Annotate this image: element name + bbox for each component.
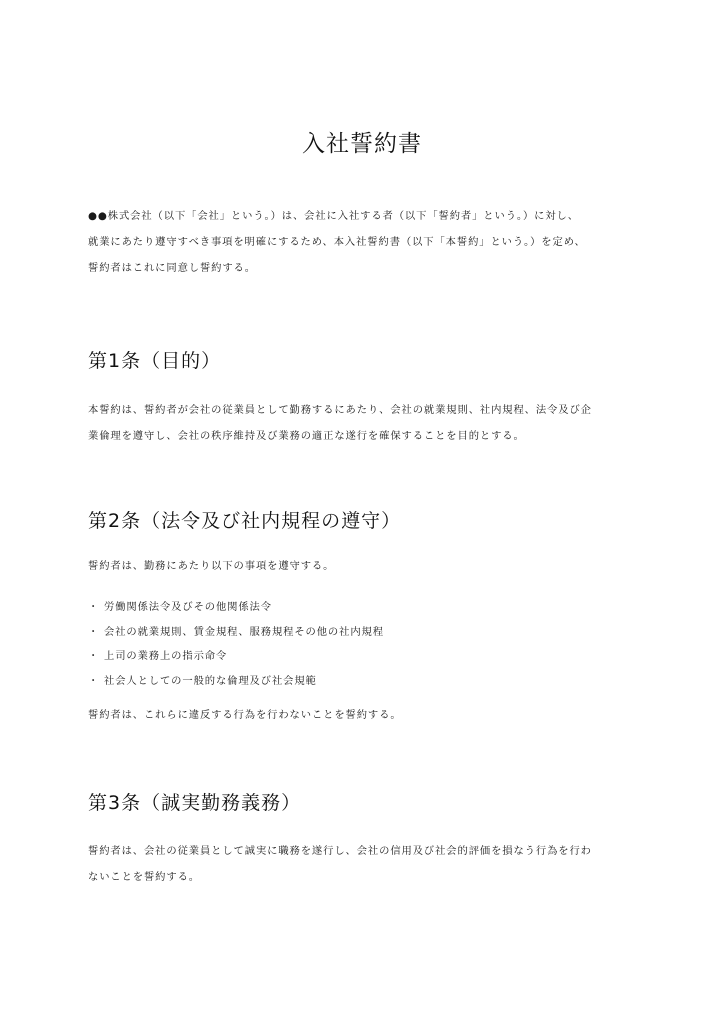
bullet-text: 社会人としての一般的な倫理及び社会規範 — [104, 675, 317, 687]
article-2-intro: 誓約者は、勤務にあたり以下の事項を遵守する。 — [88, 553, 648, 579]
bullet-text: 上司の業務上の指示命令 — [104, 650, 227, 662]
article-2-heading: 第2条（法令及び社内規程の遵守） — [88, 506, 401, 533]
bullet-text: 労働関係法令及びその他関係法令 — [104, 601, 272, 613]
bullet-item: ・労働関係法令及びその他関係法令 — [88, 595, 384, 620]
article-3-body-line: ないことを誓約する。 — [88, 864, 648, 890]
article-2-closing: 誓約者は、これらに違反する行為を行わないことを誓約する。 — [88, 702, 648, 728]
article-2-intro-line: 誓約者は、勤務にあたり以下の事項を遵守する。 — [88, 553, 648, 579]
article-3-body-line: 誓約者は、会社の従業員として誠実に職務を遂行し、会社の信用及び社会的評価を損なう… — [88, 838, 648, 864]
article-1-body-line: 本誓約は、誓約者が会社の従業員として勤務するにあたり、会社の就業規則、社内規程、… — [88, 397, 648, 423]
article-2-bullet-list: ・労働関係法令及びその他関係法令 ・会社の就業規則、賃金規程、服務規程その他の社… — [88, 595, 384, 693]
bullet-item: ・上司の業務上の指示命令 — [88, 644, 384, 669]
article-3-heading: 第3条（誠実勤務義務） — [88, 788, 301, 815]
document-title: 入社誓約書 — [0, 125, 724, 158]
preamble-paragraph: ●●株式会社（以下「会社」という。）は、会社に入社する者（以下「誓約者」という。… — [88, 203, 648, 281]
bullet-item: ・会社の就業規則、賃金規程、服務規程その他の社内規程 — [88, 620, 384, 645]
preamble-line: ●●株式会社（以下「会社」という。）は、会社に入社する者（以下「誓約者」という。… — [88, 203, 648, 229]
bullet-marker: ・ — [88, 595, 104, 620]
article-3-body: 誓約者は、会社の従業員として誠実に職務を遂行し、会社の信用及び社会的評価を損なう… — [88, 838, 648, 890]
article-1-body-line: 業倫理を遵守し、会社の秩序維持及び業務の適正な遂行を確保することを目的とする。 — [88, 423, 648, 449]
bullet-marker: ・ — [88, 644, 104, 669]
bullet-text: 会社の就業規則、賃金規程、服務規程その他の社内規程 — [104, 626, 384, 638]
bullet-marker: ・ — [88, 669, 104, 694]
article-1-heading: 第1条（目的） — [88, 346, 221, 373]
document-page: 入社誓約書 ●●株式会社（以下「会社」という。）は、会社に入社する者（以下「誓約… — [0, 0, 724, 1024]
bullet-item: ・社会人としての一般的な倫理及び社会規範 — [88, 669, 384, 694]
article-1-body: 本誓約は、誓約者が会社の従業員として勤務するにあたり、会社の就業規則、社内規程、… — [88, 397, 648, 449]
preamble-line: 誓約者はこれに同意し誓約する。 — [88, 255, 648, 281]
bullet-marker: ・ — [88, 620, 104, 645]
article-2-closing-line: 誓約者は、これらに違反する行為を行わないことを誓約する。 — [88, 702, 648, 728]
preamble-line: 就業にあたり遵守すべき事項を明確にするため、本入社誓約書（以下「本誓約」という。… — [88, 229, 648, 255]
